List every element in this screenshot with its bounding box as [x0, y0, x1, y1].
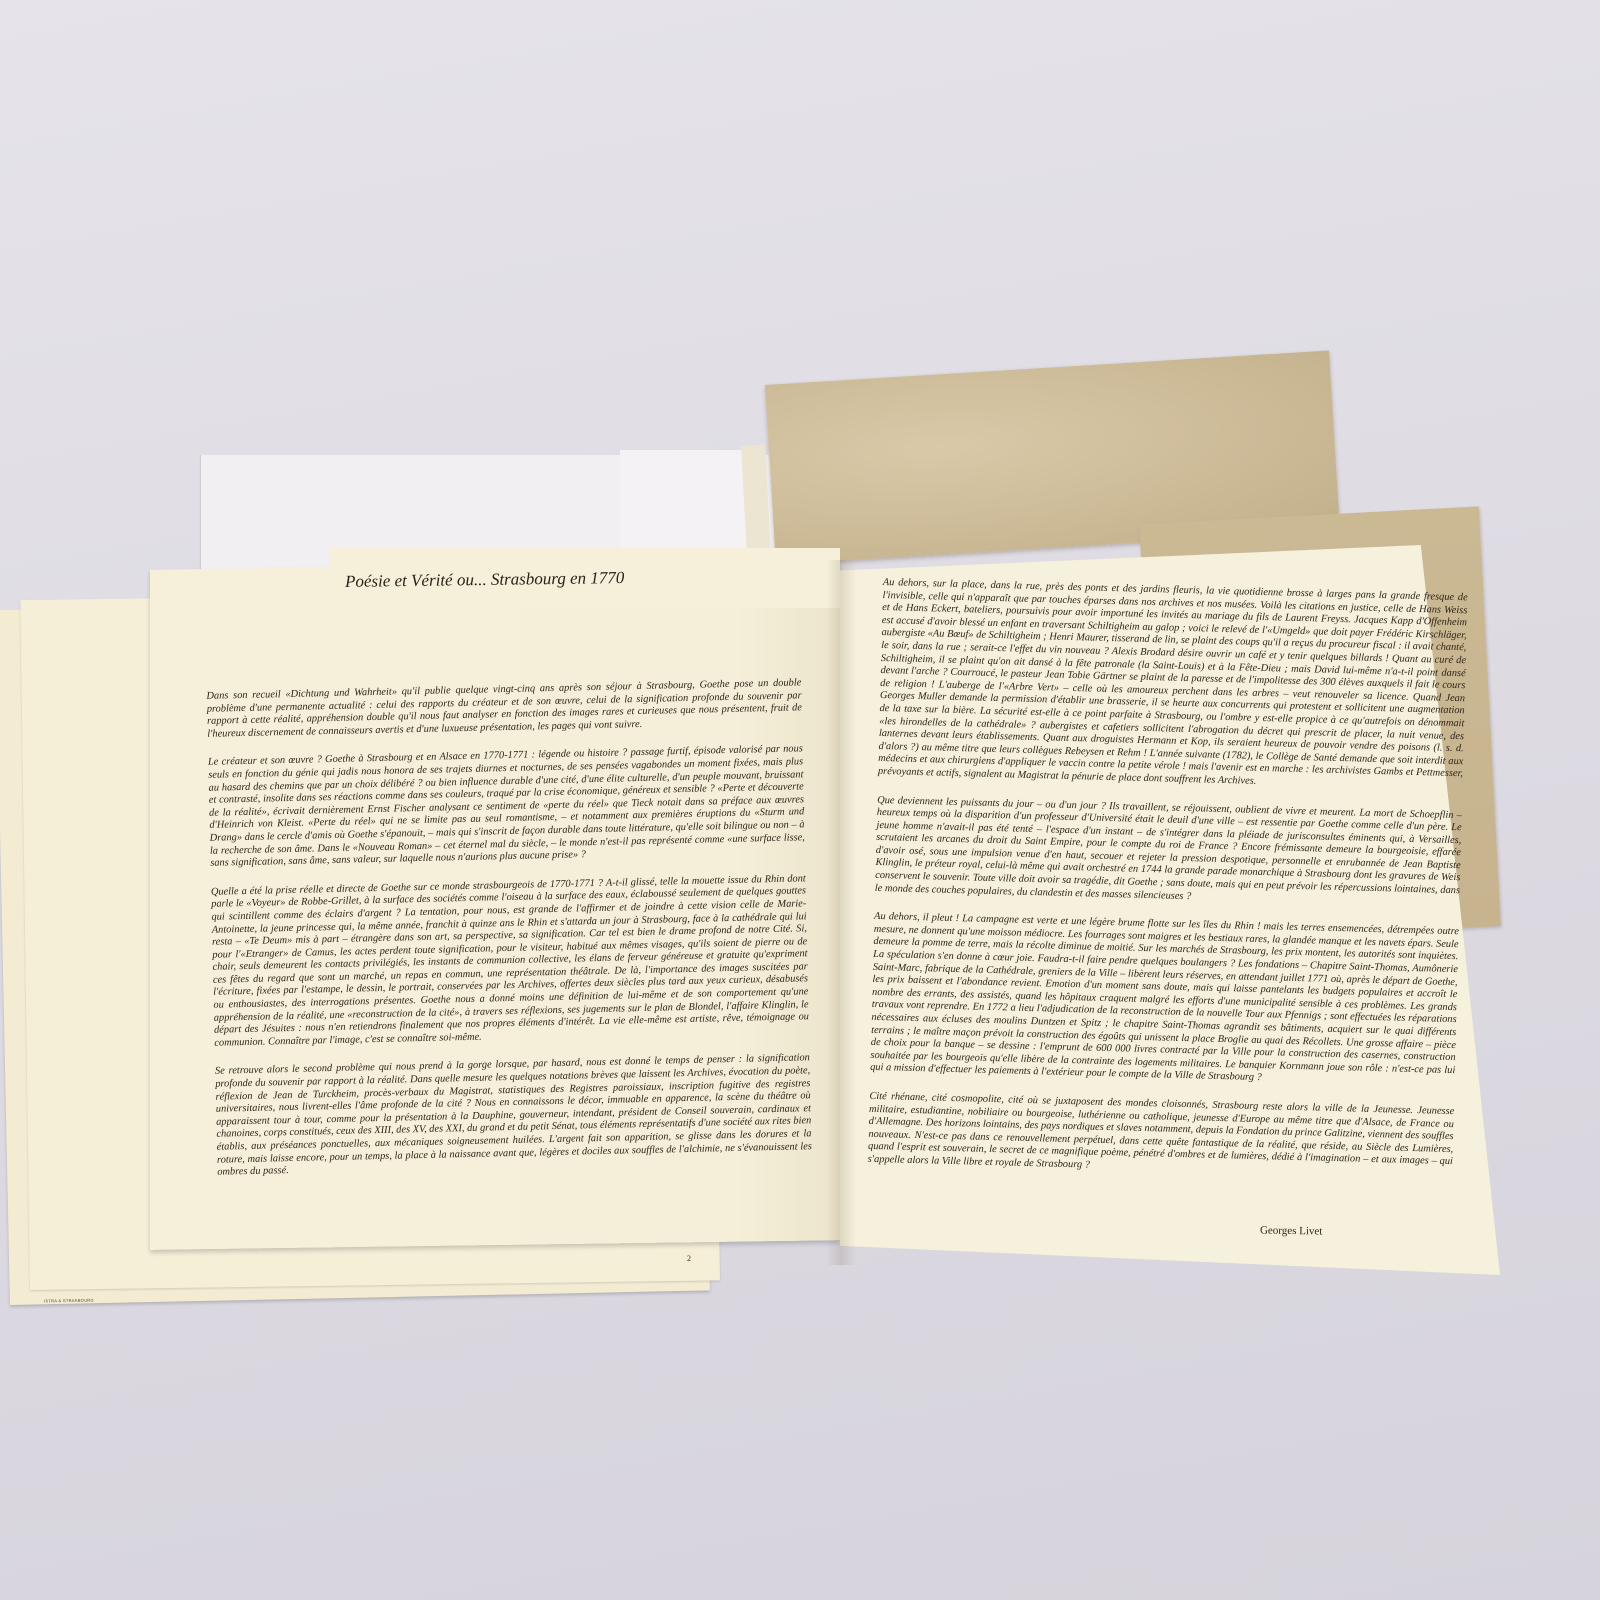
right-paragraph-3: Au dehors, il pleut ! La campagne est ve…	[870, 911, 1459, 1090]
left-paragraph-3: Quelle a été la prise réelle et directe …	[211, 873, 810, 1050]
left-paragraph-2: Le créateur et son œuvre ? Goethe à Stra…	[208, 744, 805, 871]
right-page-text-column: Au dehors, sur la place, dans la rue, pr…	[867, 577, 1468, 1198]
author-signature: Georges Livet	[1260, 1224, 1323, 1237]
left-page-text-column: Dans son recueil «Dichtung und Wahrheit»…	[206, 677, 812, 1195]
right-paragraph-4: Cité rhénane, cité cosmopolite, cité où …	[868, 1091, 1455, 1182]
page-title: Poésie et Vérité ou... Strasbourg en 177…	[345, 568, 625, 592]
right-paragraph-2: Que deviennent les puissants du jour – o…	[875, 794, 1462, 910]
page-number: 2	[687, 1254, 691, 1263]
booklet-gutter-shadow	[826, 560, 856, 1265]
left-paragraph-4: Se retrouve alors le second problème qui…	[215, 1053, 812, 1180]
printer-mark: ISTRA & STRASBOURG	[44, 1298, 94, 1304]
photo-scene: ISTRA & STRASBOURG 2 Poésie et Vérité ou…	[0, 0, 1600, 1600]
right-paragraph-1: Au dehors, sur la place, dans la rue, pr…	[878, 577, 1468, 794]
